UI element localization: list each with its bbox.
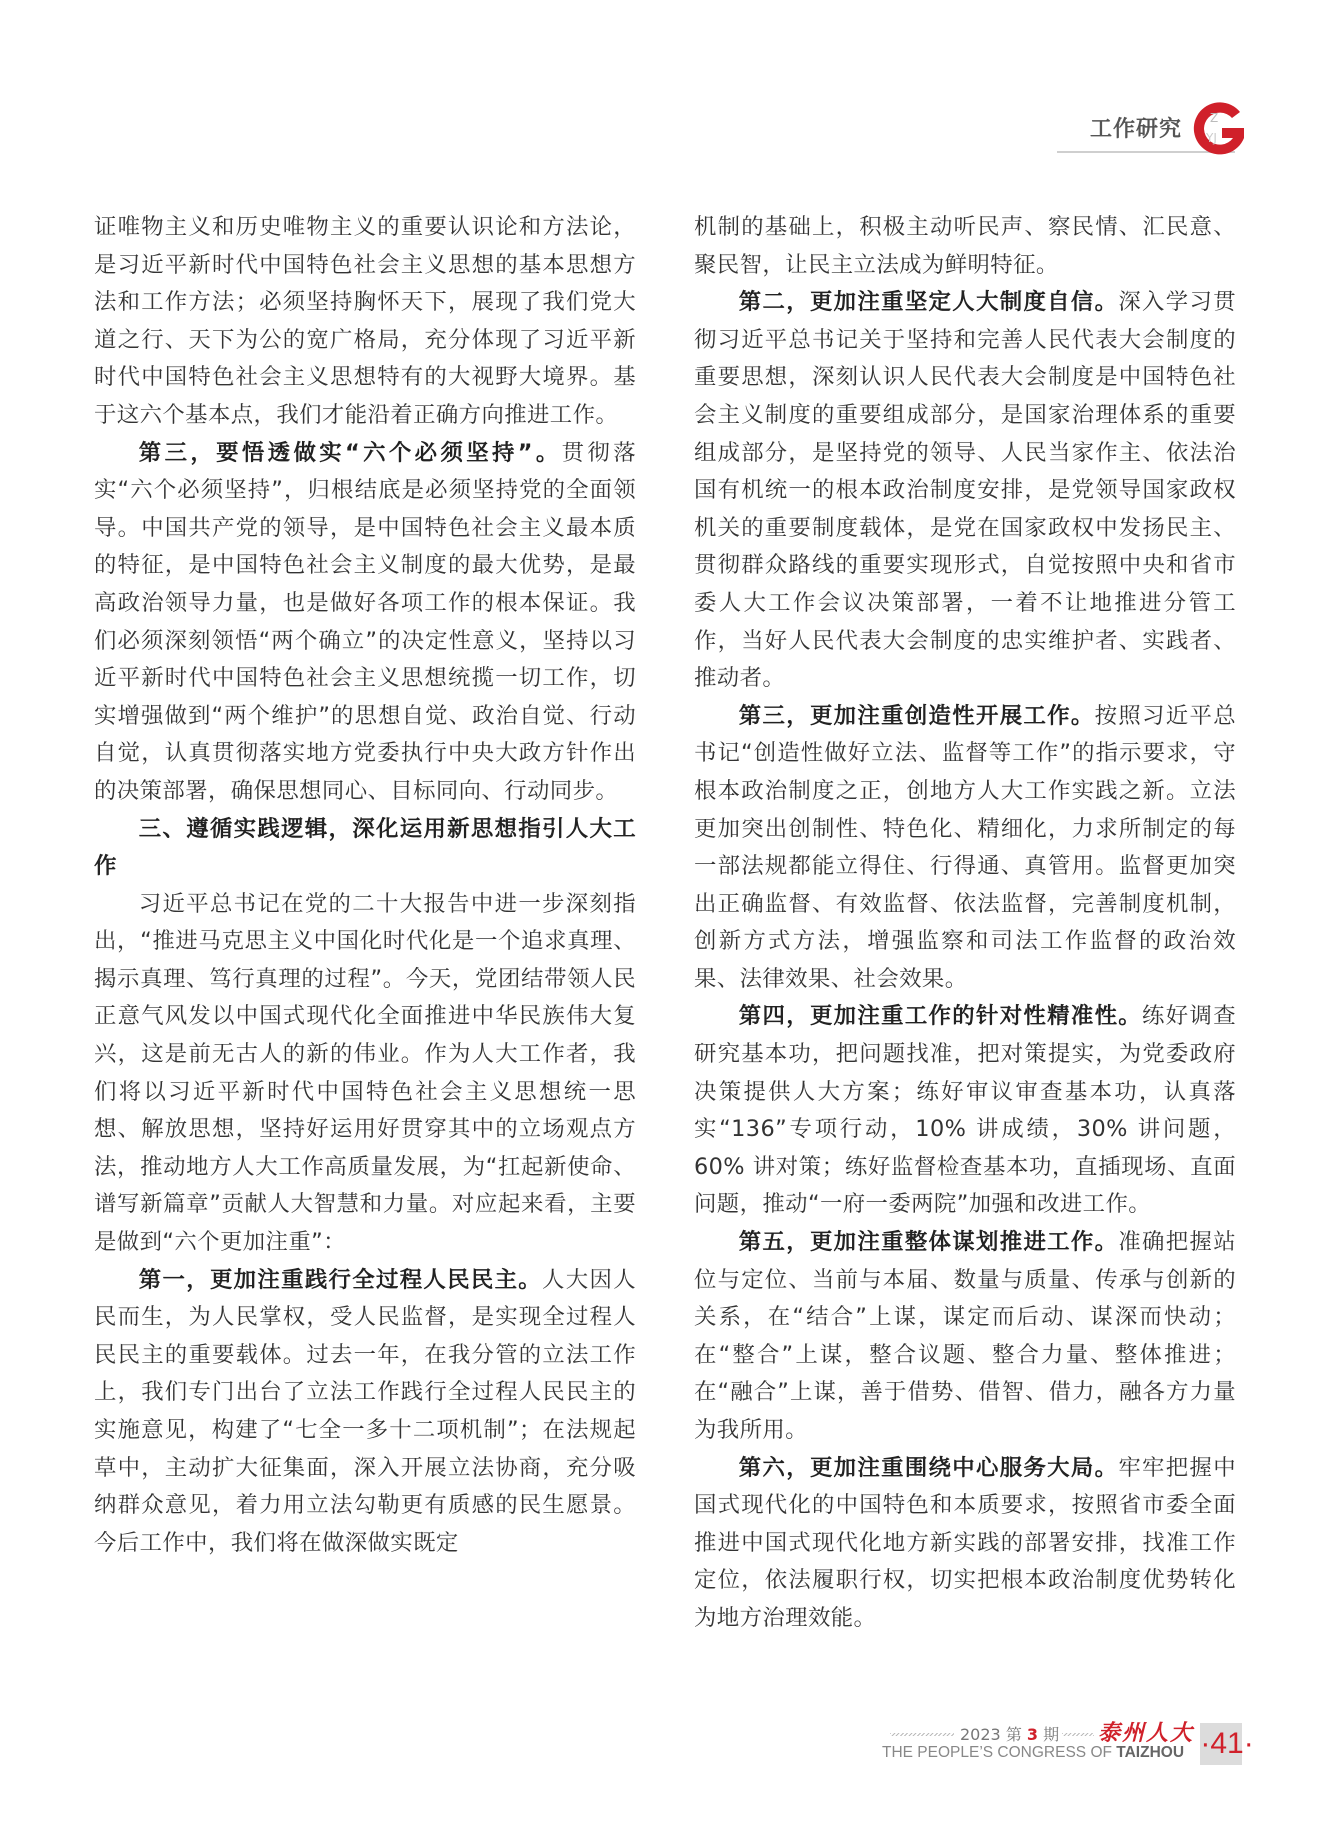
paragraph-body: 准确把握站位与定位、当前与本届、数量与质量、传承与创新的关系，在“结合”上谋，谋… [694,1229,1236,1443]
paragraph: 第六，更加注重围绕中心服务大局。牢牢把握中国式现代化的中国特色和本质要求，按照省… [694,1450,1236,1638]
paragraph-body: 牢牢把握中国式现代化的中国特色和本质要求，按照省市委全面推进中国式现代化地方新实… [694,1455,1236,1631]
svg-text:Z: Z [1210,111,1218,125]
section-heading: 三、遵循实践逻辑，深化运用新思想指引人大工作 [94,811,636,886]
footer-dash-decoration [1062,1733,1094,1736]
paragraph-lead: 第四，更加注重工作的针对性精准性。 [739,1003,1142,1029]
section-logo-g-icon: Z YJ [1188,98,1252,160]
paragraph-lead: 第三，更加注重创造性开展工作。 [739,703,1095,729]
paragraph: 机制的基础上，积极主动听民声、察民情、汇民意、聚民智，让民主立法成为鲜明特征。 [694,209,1236,284]
paragraph: 第四，更加注重工作的针对性精准性。练好调查研究基本功，把问题找准，把对策提实，为… [694,998,1236,1224]
paragraph-lead: 第二，更加注重坚定人大制度自信。 [739,289,1119,315]
page-number: ·41· [1186,1722,1268,1766]
svg-text:YJ: YJ [1205,131,1217,145]
paragraph: 第三，要悟透做实“六个必须坚持”。贯彻落实“六个必须坚持”，归根结底是必须坚持党… [94,435,636,811]
publication-english-name: THE PEOPLE’S CONGRESS OF TAIZHOU [882,1744,1184,1762]
section-title: 工作研究 [1090,112,1182,143]
paragraph: 第一，更加注重践行全过程人民民主。人大因人民而生，为人民掌权，受人民监督，是实现… [94,1262,636,1563]
english-name-city: TAIZHOU [1116,1744,1184,1761]
paragraph: 第五，更加注重整体谋划推进工作。准确把握站位与定位、当前与本届、数量与质量、传承… [694,1224,1236,1450]
issue-year: 2023 [960,1725,1001,1744]
english-name-prefix: THE PEOPLE’S CONGRESS OF [882,1744,1116,1761]
issue-number: 3 [1027,1725,1038,1744]
issue-prefix: 第 [1006,1725,1022,1744]
paragraph-lead: 第五，更加注重整体谋划推进工作。 [739,1229,1119,1255]
paragraph-body: 按照习近平总书记“创造性做好立法、监督等工作”的指示要求，守根本政治制度之正，创… [694,703,1236,992]
publication-brand: 泰州人大 [1098,1716,1194,1747]
paragraph: 习近平总书记在党的二十大报告中进一步深刻指出，“推进马克思主义中国化时代化是一个… [94,886,636,1262]
paragraph: 证唯物主义和历史唯物主义的重要认识论和方法论，是习近平新时代中国特色社会主义思想… [94,209,636,435]
paragraph: 第三，更加注重创造性开展工作。按照习近平总书记“创造性做好立法、监督等工作”的指… [694,698,1236,999]
paragraph-body: 人大因人民而生，为人民掌权，受人民监督，是实现全过程人民民主的重要载体。过去一年… [94,1267,636,1556]
footer-dash-decoration [890,1733,954,1736]
page-number-value: 41 [1210,1727,1243,1760]
issue-suffix: 期 [1043,1725,1059,1744]
paragraph-lead: 第六，更加注重围绕中心服务大局。 [739,1455,1119,1481]
paragraph-body: 贯彻落实“六个必须坚持”，归根结底是必须坚持党的全面领导。中国共产党的领导，是中… [94,440,636,804]
issue-label: 2023 第 3 期 [960,1722,1059,1745]
right-column: 机制的基础上，积极主动听民声、察民情、汇民意、聚民智，让民主立法成为鲜明特征。 … [694,209,1236,1638]
paragraph-lead: 第三，要悟透做实“六个必须坚持”。 [139,440,562,466]
paragraph-body: 深入学习贯彻习近平总书记关于坚持和完善人民代表大会制度的重要思想，深刻认识人民代… [694,289,1236,691]
paragraph-lead: 第一，更加注重践行全过程人民民主。 [139,1267,542,1293]
paragraph-body: 练好调查研究基本功，把问题找准，把对策提实，为党委政府决策提供人大方案；练好审议… [694,1003,1236,1217]
paragraph: 第二，更加注重坚定人大制度自信。深入学习贯彻习近平总书记关于坚持和完善人民代表大… [694,284,1236,698]
left-column: 证唯物主义和历史唯物主义的重要认识论和方法论，是习近平新时代中国特色社会主义思想… [94,209,636,1562]
